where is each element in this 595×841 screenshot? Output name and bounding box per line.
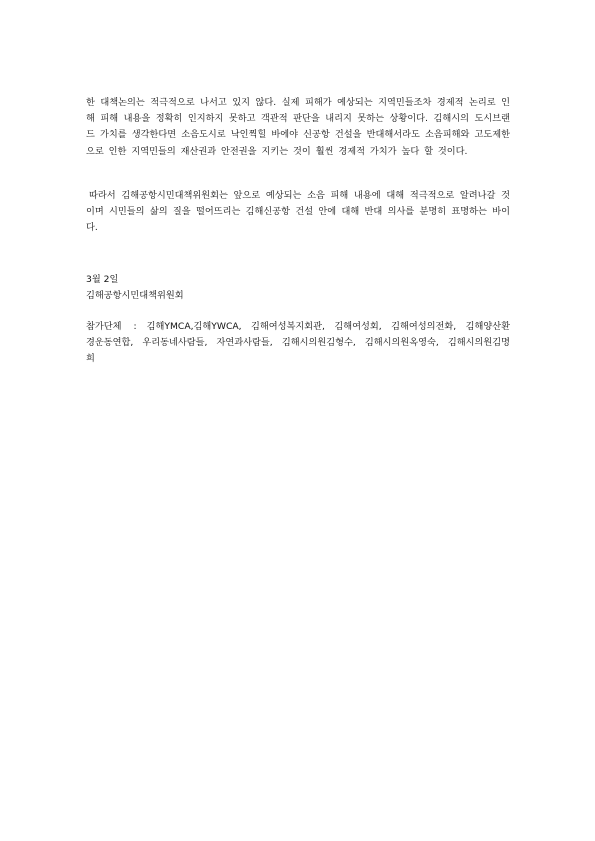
participants-separator: : bbox=[134, 321, 137, 332]
document-page: 한 대책논의는 적극적으로 나서고 있지 않다. 실제 피해가 예상되는 지역민… bbox=[0, 0, 595, 841]
statement-date: 3월 2일 bbox=[86, 272, 118, 288]
issuing-organization: 김해공항시민대책위원회 bbox=[86, 288, 184, 304]
body-paragraph-2: 따라서 김해공항시민대책위원회는 앞으로 예상되는 소음 피해 내용에 대해 적… bbox=[86, 188, 510, 237]
participating-organizations: 참가단체:김해YMCA,김해YWCA, 김해여성복지회관, 김해여성회, 김해여… bbox=[86, 319, 510, 368]
body-paragraph-1: 한 대책논의는 적극적으로 나서고 있지 않다. 실제 피해가 예상되는 지역민… bbox=[86, 95, 510, 160]
participants-list: 김해YMCA,김해YWCA, 김해여성복지회관, 김해여성회, 김해여성의전화,… bbox=[86, 321, 510, 364]
participants-label: 참가단체 bbox=[86, 321, 122, 332]
